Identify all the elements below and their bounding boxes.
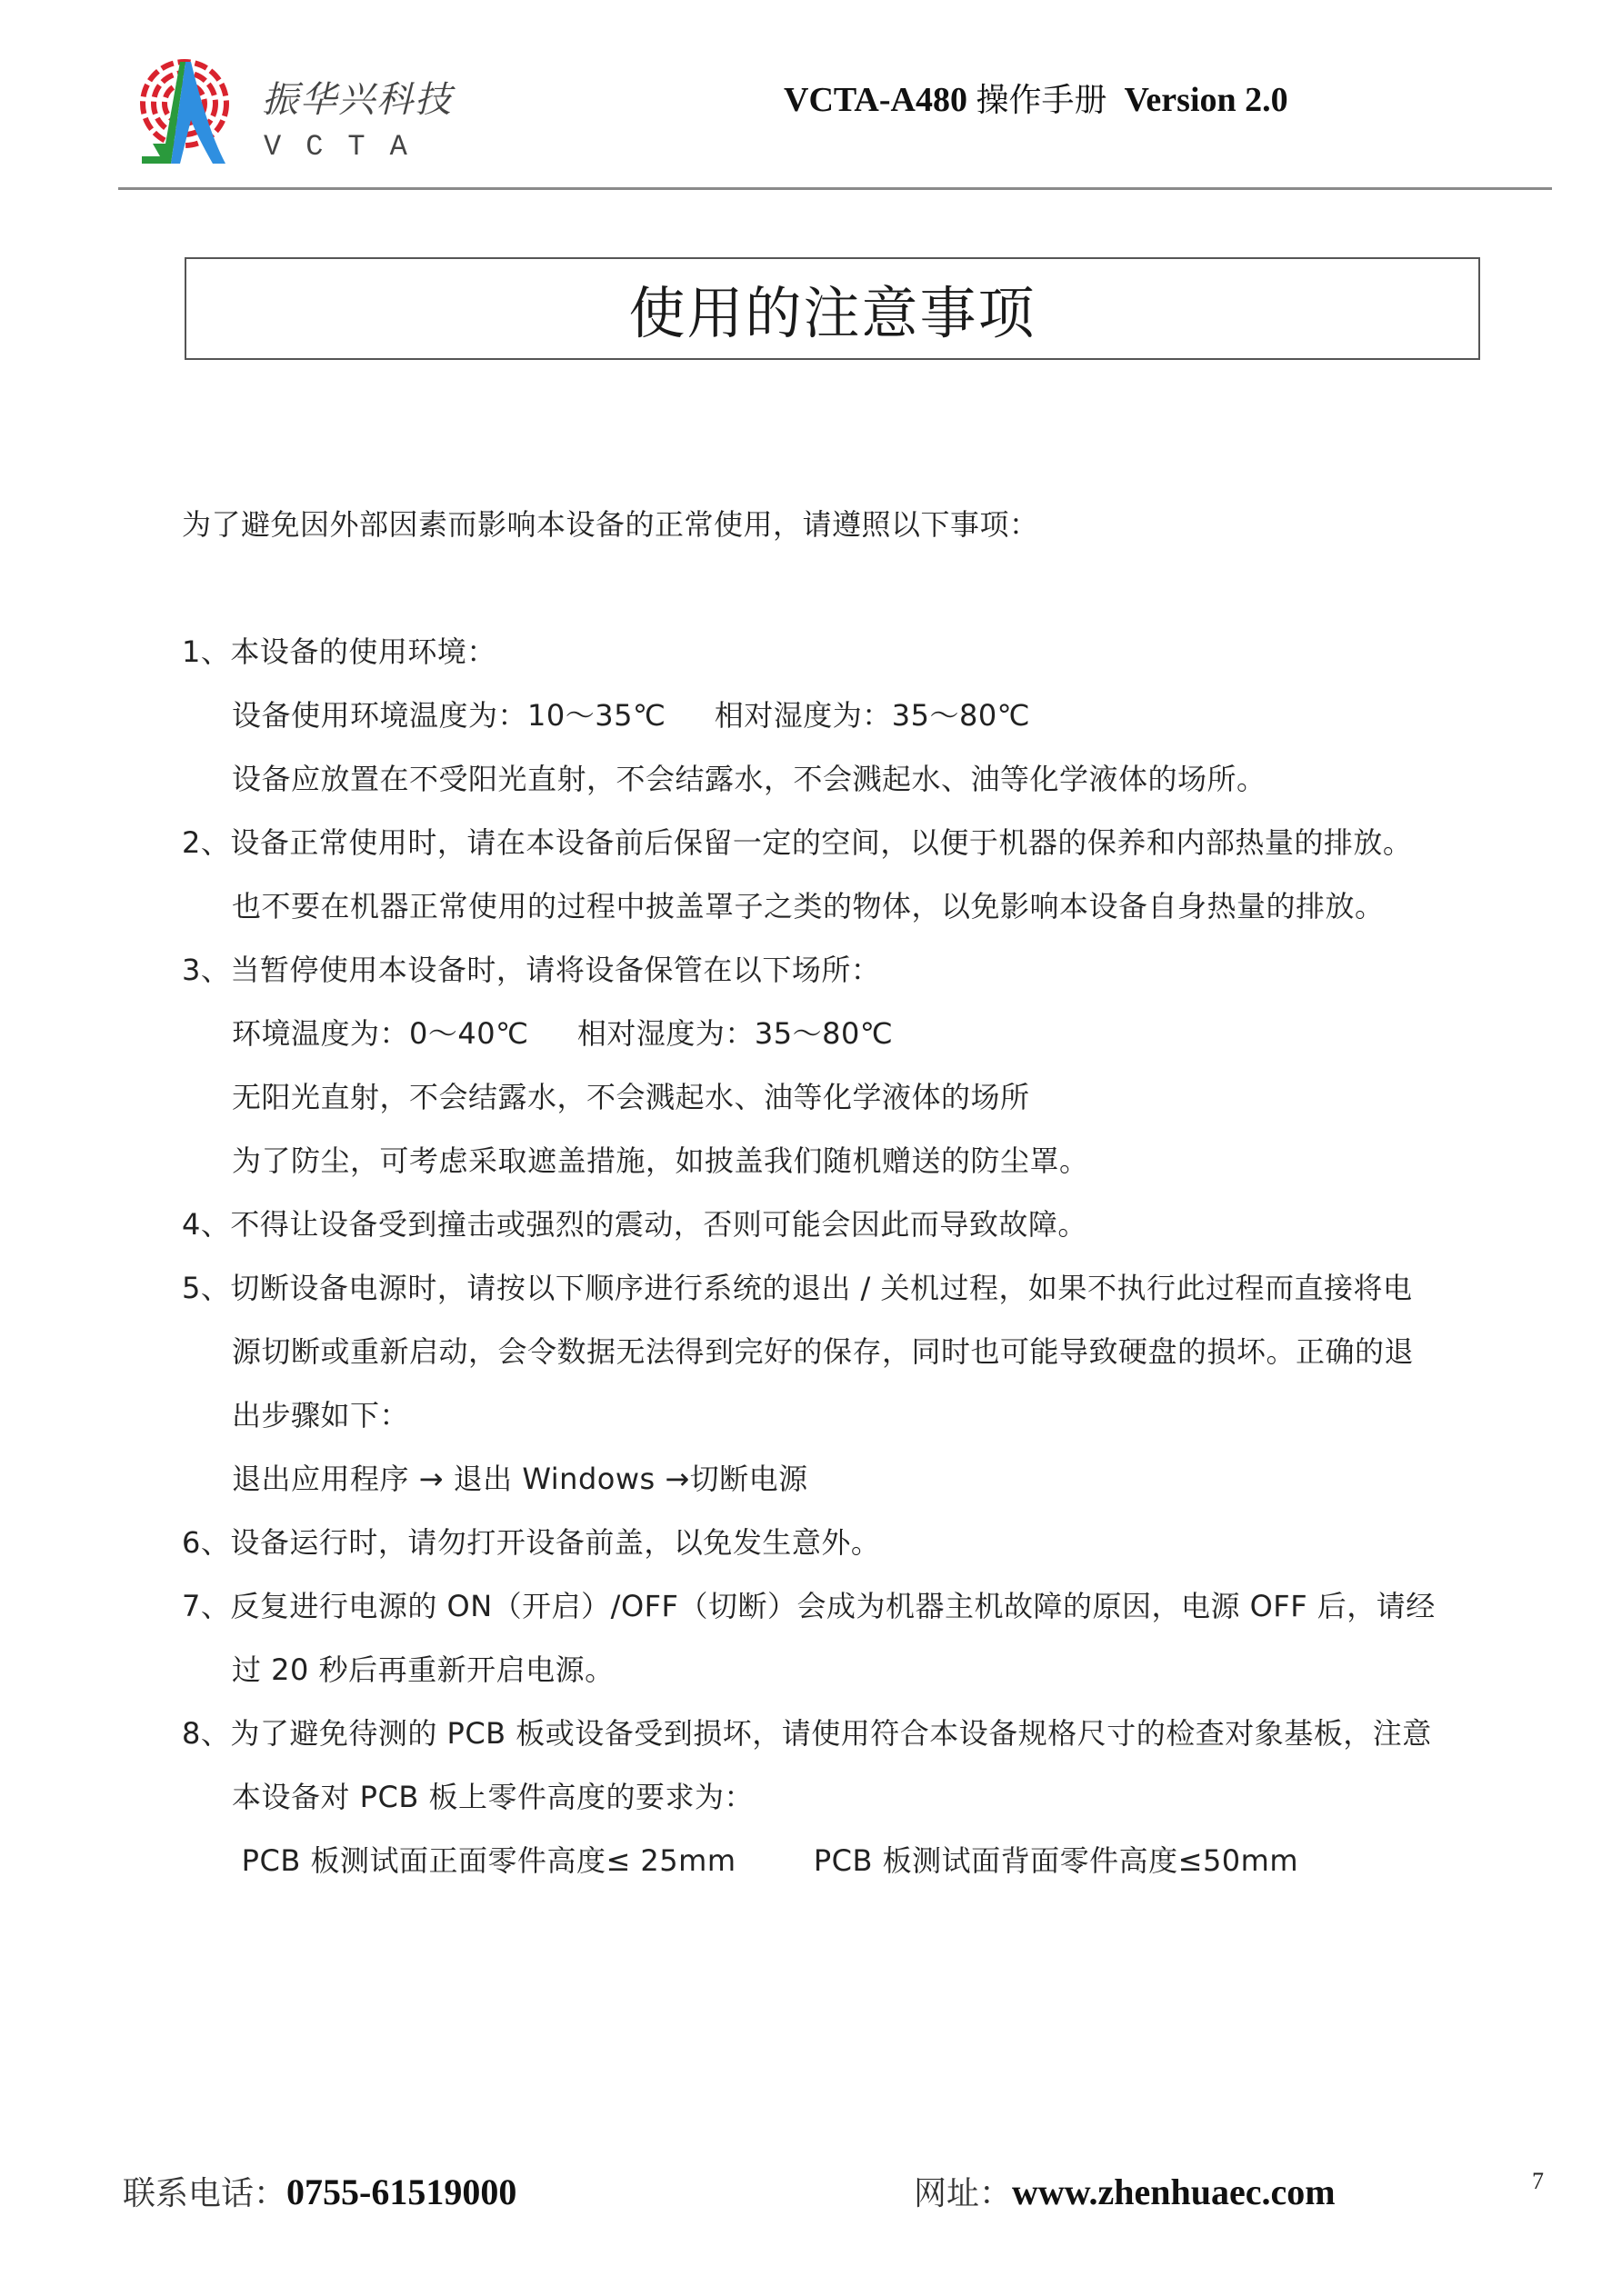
header-divider bbox=[118, 187, 1552, 190]
phone-label: 联系电话： bbox=[123, 2175, 286, 2212]
vcta-logo-icon bbox=[135, 56, 235, 175]
page-number: 7 bbox=[1532, 2168, 1544, 2195]
list-item-7-cont: 过 20 秒后再重新开启电源。 bbox=[232, 1647, 615, 1689]
list-item-8-cont: 本设备对 PCB 板上零件高度的要求为： bbox=[232, 1774, 754, 1816]
section-title-box: 使用的注意事项 bbox=[185, 257, 1480, 360]
doc-type: 操作手册 bbox=[976, 82, 1106, 119]
phone-number: 0755-61519000 bbox=[286, 2171, 516, 2212]
list-item-6: 6、设备运行时，请勿打开设备前盖，以免发生意外。 bbox=[182, 1520, 880, 1562]
company-logo bbox=[135, 56, 235, 175]
document-title: VCTA-A480 操作手册 Version 2.0 bbox=[784, 75, 1288, 121]
list-item-5-cont: 源切断或重新启动，会令数据无法得到完好的保存，同时也可能导致硬盘的损坏。正确的退 bbox=[232, 1329, 1414, 1371]
doc-model: VCTA-A480 bbox=[784, 81, 967, 119]
list-item-1: 1、本设备的使用环境： bbox=[182, 629, 496, 671]
list-item-3: 3、当暂停使用本设备时，请将设备保管在以下场所： bbox=[182, 947, 880, 989]
doc-version: Version 2.0 bbox=[1124, 81, 1287, 119]
website-label: 网址： bbox=[914, 2175, 1012, 2212]
list-item-1-place: 设备应放置在不受阳光直射，不会结露水，不会溅起水、油等化学液体的场所。 bbox=[232, 756, 1267, 798]
list-item-3-temp: 环境温度为：0～40℃ 相对湿度为：35～80℃ bbox=[232, 1011, 893, 1053]
list-item-3-place: 无阳光直射，不会结露水，不会溅起水、油等化学液体的场所 bbox=[232, 1074, 1030, 1116]
intro-text: 为了避免因外部因素而影响本设备的正常使用，请遵照以下事项： bbox=[182, 502, 1039, 544]
list-item-8: 8、为了避免待测的 PCB 板或设备受到损坏，请使用符合本设备规格尺寸的检查对象… bbox=[182, 1711, 1432, 1752]
list-item-5-steps: 退出应用程序 → 退出 Windows →切断电源 bbox=[232, 1456, 808, 1498]
brand-name-en: VCTA bbox=[264, 130, 432, 164]
list-item-8-heights: PCB 板测试面正面零件高度≤ 25mm PCB 板测试面背面零件高度≤50mm bbox=[232, 1838, 1298, 1880]
list-item-3-dust: 为了防尘，可考虑采取遮盖措施，如披盖我们随机赠送的防尘罩。 bbox=[232, 1138, 1089, 1180]
list-item-5-steps-label: 出步骤如下： bbox=[232, 1393, 409, 1434]
list-item-4: 4、不得让设备受到撞击或强烈的震动，否则可能会因此而导致故障。 bbox=[182, 1202, 1087, 1243]
list-item-2-cont: 也不要在机器正常使用的过程中披盖罩子之类的物体，以免影响本设备自身热量的排放。 bbox=[232, 883, 1385, 925]
list-item-7: 7、反复进行电源的 ON（开启）/OFF（切断）会成为机器主机故障的原因，电源 … bbox=[182, 1583, 1436, 1625]
brand-name-cn: 振华兴科技 bbox=[262, 71, 453, 123]
footer-website: 网址：www.zhenhuaec.com bbox=[914, 2168, 1336, 2214]
website-url[interactable]: www.zhenhuaec.com bbox=[1012, 2171, 1336, 2212]
list-item-2: 2、设备正常使用时，请在本设备前后保留一定的空间，以便于机器的保养和内部热量的排… bbox=[182, 820, 1412, 862]
footer-phone: 联系电话：0755-61519000 bbox=[123, 2168, 516, 2214]
list-item-5: 5、切断设备电源时，请按以下顺序进行系统的退出 / 关机过程，如果不执行此过程而… bbox=[182, 1265, 1413, 1307]
section-title: 使用的注意事项 bbox=[628, 268, 1036, 349]
list-item-1-temp: 设备使用环境温度为：10～35℃ 相对湿度为：35～80℃ bbox=[232, 693, 1030, 734]
